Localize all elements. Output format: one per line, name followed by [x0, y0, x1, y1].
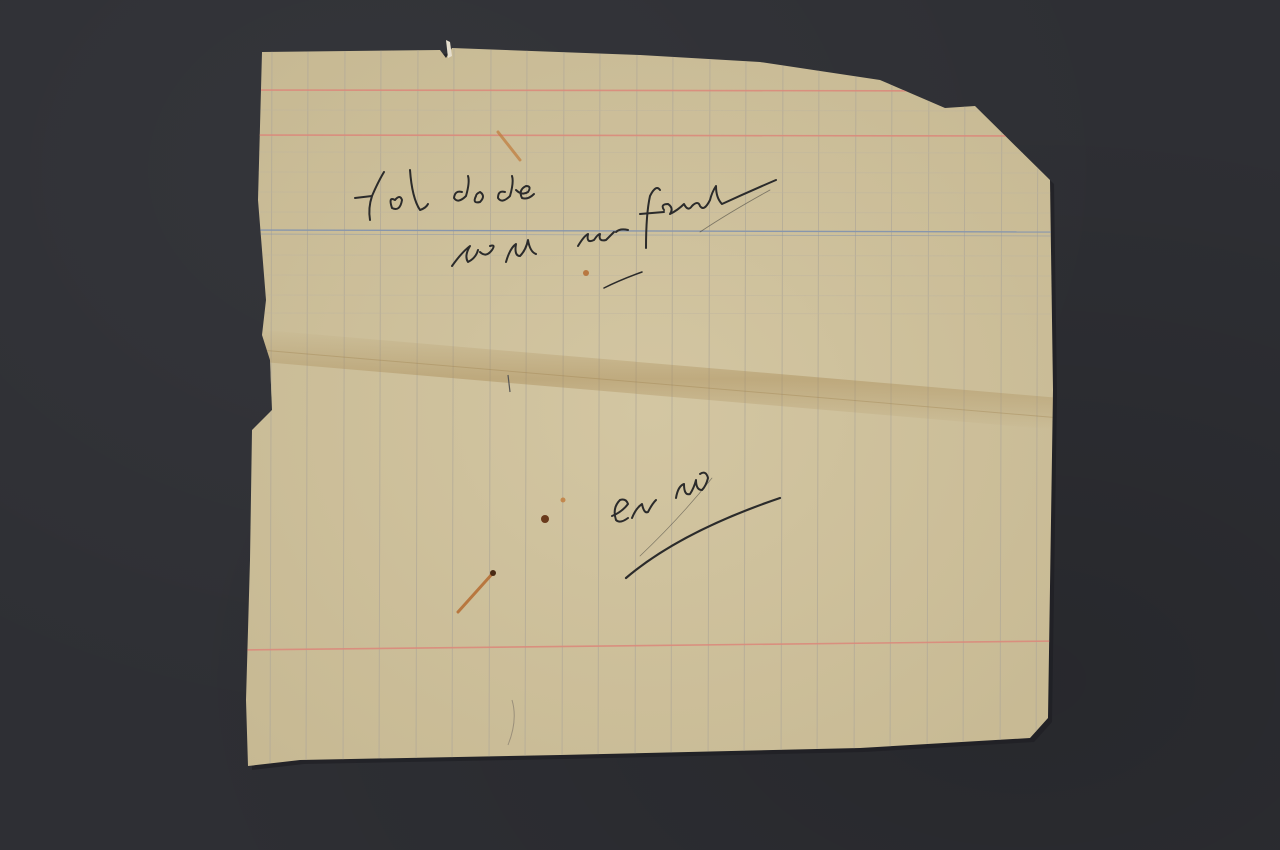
paper-fragment: Jol do die do u un faul en us — [0, 0, 1280, 850]
paper-sheet — [0, 0, 1280, 850]
